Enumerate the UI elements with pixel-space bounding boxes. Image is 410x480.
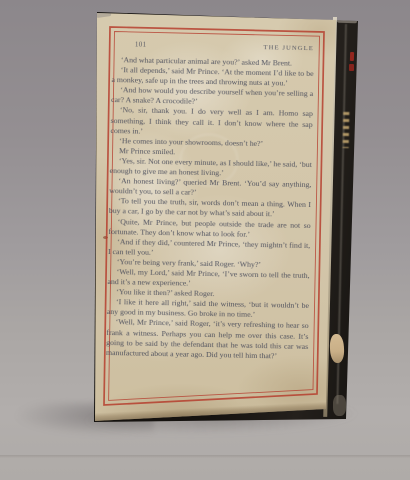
- page-text-block: ‘And what particular animal are you?’ as…: [106, 55, 314, 362]
- running-header: THE JUNGLE: [263, 44, 314, 52]
- spine-gold-lettering-remnant: [343, 112, 350, 148]
- floor-seam-line: [0, 455, 410, 458]
- photo-scene: 101 THE JUNGLE ‘And what particular anim…: [0, 0, 410, 480]
- spine-bottom-wear-mark: [333, 395, 346, 416]
- spine-red-lettering-remnant: [349, 64, 354, 71]
- page-paragraph: ‘Well, Mr Prince,’ said Roger, ‘it’s ver…: [106, 317, 309, 361]
- spine-red-lettering-remnant: [350, 52, 354, 61]
- page-paragraph: ‘No, sir, thank you. I do very well as I…: [110, 105, 313, 139]
- spine-worn-tan-patch: [329, 334, 344, 364]
- spine-top-wear-mark: [337, 17, 357, 24]
- page-number: 101: [113, 41, 147, 49]
